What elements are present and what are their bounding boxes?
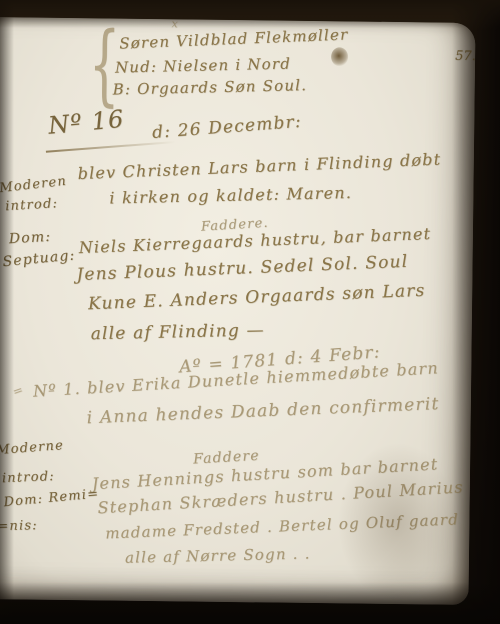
margin-note: =nis:: [0, 518, 38, 534]
header-mark: x: [171, 17, 179, 30]
margin-note: Moderne: [0, 438, 64, 458]
faddere-line: alle af Nørre Sogn . .: [125, 545, 311, 567]
margin-note: introd:: [5, 196, 59, 214]
register-page: 57. { x Søren Vildblad Flekmøller Nud: N…: [0, 17, 476, 605]
margin-note: Dom: Remi=: [3, 486, 100, 510]
ink-blot: [331, 47, 348, 66]
margin-note: introd:: [2, 469, 55, 486]
margin-note: Moderen: [0, 174, 68, 196]
page-number: 57.: [455, 49, 476, 64]
faddere-line: alle af Flinding —: [90, 320, 264, 344]
entry1-body-line: i kirken og kaldet: Maren.: [109, 183, 352, 208]
faddere-line: Jens Plous hustru. Sedel Sol. Soul: [76, 252, 409, 285]
entry1-date: d: 26 Decembr:: [151, 112, 302, 143]
header-line: B: Orgaards Søn Soul.: [112, 76, 307, 98]
entry1-body-line: blev Christen Lars barn i Flinding døbt: [77, 150, 441, 184]
entry2-body-line: i Anna hendes Daab den confirmerit: [86, 394, 440, 428]
faddere-line: Kune E. Anders Orgaards søn Lars: [88, 281, 426, 315]
header-line: Søren Vildblad Flekmøller: [119, 25, 349, 52]
photo-backdrop: 57. { x Søren Vildblad Flekmøller Nud: N…: [0, 0, 500, 624]
margin-note: Septuag:: [2, 247, 76, 270]
paper-stain: [336, 441, 458, 602]
header-line: Nud: Nielsen i Nord: [115, 55, 291, 77]
margin-note: Dom:: [8, 229, 51, 247]
entry1-number: Nº 16: [47, 105, 126, 140]
margin-tick: =: [11, 382, 26, 399]
